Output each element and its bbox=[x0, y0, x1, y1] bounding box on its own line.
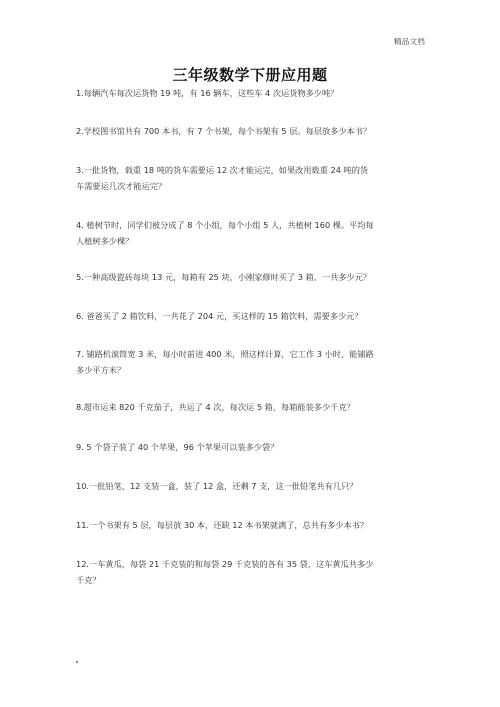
question-8: 8.超市运来 820 千克茄子，共运了 4 次，每次运 5 箱，每箱能装多少千克… bbox=[76, 400, 376, 416]
question-7: 7. 铺路机滚筒宽 3 米，每小时前进 400 米，照这样计算，它工作 3 小时… bbox=[76, 347, 376, 378]
question-6: 6. 爸爸买了 2 箱饮料，一共花了 204 元，买这样的 15 箱饮料，需要多… bbox=[76, 309, 376, 325]
question-2: 2.学校图书馆共有 700 本书，有 7 个书架，每个书架有 5 层。每层放多少… bbox=[76, 124, 376, 140]
question-11: 11.一个书架有 5 层，每层放 30 本，还缺 12 本书架就满了，总共有多少… bbox=[76, 518, 376, 534]
question-4: 4. 植树节时，同学们被分成了 8 个小组，每个小组 5 人，共植树 160 棵… bbox=[76, 218, 376, 249]
question-12: 12.一车黄瓜，每袋 21 千克装的和每袋 29 千克装的各有 35 袋，这车黄… bbox=[76, 557, 376, 588]
question-1: 1.每辆汽车每次运货物 19 吨，有 16 辆车，这些车 4 次运货物多少吨？ bbox=[76, 86, 376, 102]
question-3: 3.一批货物，载重 18 吨的货车需要运 12 次才能运完，如果改用载重 24 … bbox=[76, 163, 376, 194]
question-5: 5.一种高级瓷砖每块 13 元，每箱有 25 块，小刚家修时买了 3 箱，一共多… bbox=[76, 270, 376, 286]
question-9: 9. 5 个袋子装了 40 个苹果，96 个苹果可以装多少袋？ bbox=[76, 440, 376, 456]
header-note: 精品文档 bbox=[394, 36, 425, 47]
question-10: 10.一批铅笔，12 支装一盒，装了 12 盒，还剩 7 支，这一批铅笔共有几只… bbox=[76, 479, 376, 495]
footer-mark bbox=[76, 661, 78, 663]
page-title: 三年级数学下册应用题 bbox=[0, 64, 500, 85]
